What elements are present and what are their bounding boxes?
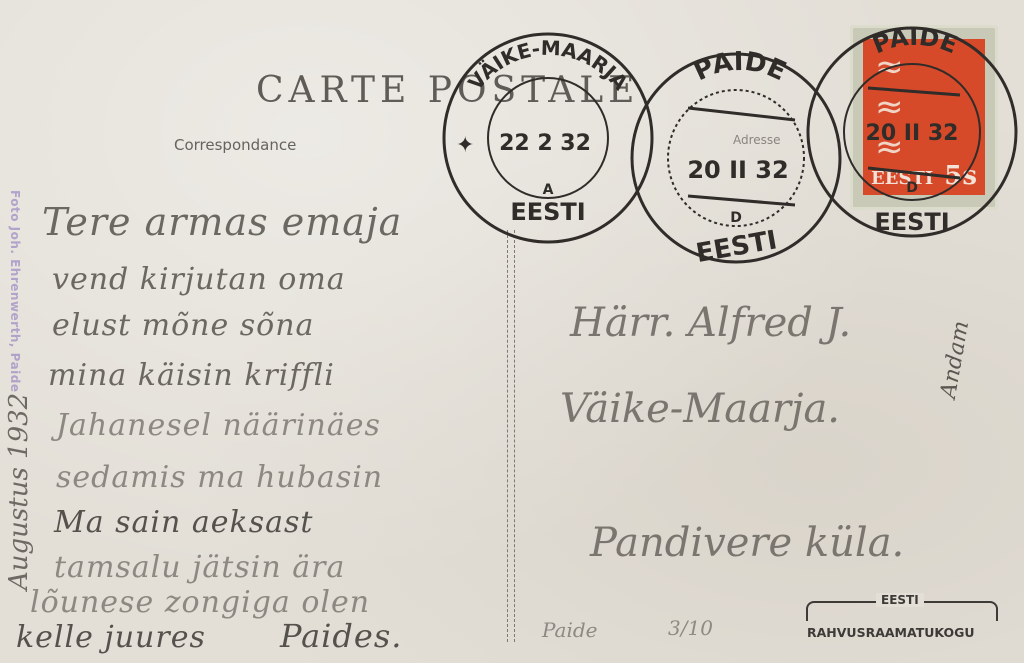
library-stamp: EESTI RAHVUSRAAMATUKOGU	[806, 593, 998, 643]
library-stamp-bottom: RAHVUSRAAMATUKOGU	[807, 625, 975, 640]
postmark-code: D	[906, 180, 918, 196]
postmark-code: A	[543, 182, 554, 198]
postmark-date: 20 II 32	[866, 121, 959, 146]
postmark-date: 20 II 32	[687, 156, 788, 184]
postmark-code: D	[730, 210, 742, 226]
svg-text:VÄIKE-MAARJA: VÄIKE-MAARJA	[463, 36, 633, 95]
postmarks: VÄIKE-MAARJA EESTI 22 2 32 A ✦ PAIDE EES…	[0, 0, 1024, 663]
svg-text:PAIDE: PAIDE	[869, 23, 962, 60]
postmark-place: VÄIKE-MAARJA	[463, 36, 633, 95]
postmark-paide-2: PAIDE EESTI 20 II 32 D	[808, 23, 1016, 236]
postmark-date: 22 2 32	[499, 131, 591, 156]
postmark-country: EESTI	[510, 198, 585, 226]
postcard: CARTE POSTALE Correspondance Adresse Fot…	[0, 0, 1024, 663]
postmark-place: PAIDE	[689, 47, 790, 87]
pencil-note-number: 3/10	[668, 616, 713, 640]
postmark-country: EESTI	[874, 208, 949, 236]
postmark-place: PAIDE	[869, 23, 962, 60]
postmark-paide-1: PAIDE EESTI 20 II 32 D	[632, 47, 840, 269]
library-stamp-top: EESTI	[876, 593, 924, 607]
svg-text:PAIDE: PAIDE	[689, 47, 790, 87]
svg-text:✦: ✦	[456, 133, 474, 158]
postmark-vaike-maarja: VÄIKE-MAARJA EESTI 22 2 32 A ✦	[444, 34, 652, 242]
pencil-note-place: Paide	[542, 618, 598, 642]
